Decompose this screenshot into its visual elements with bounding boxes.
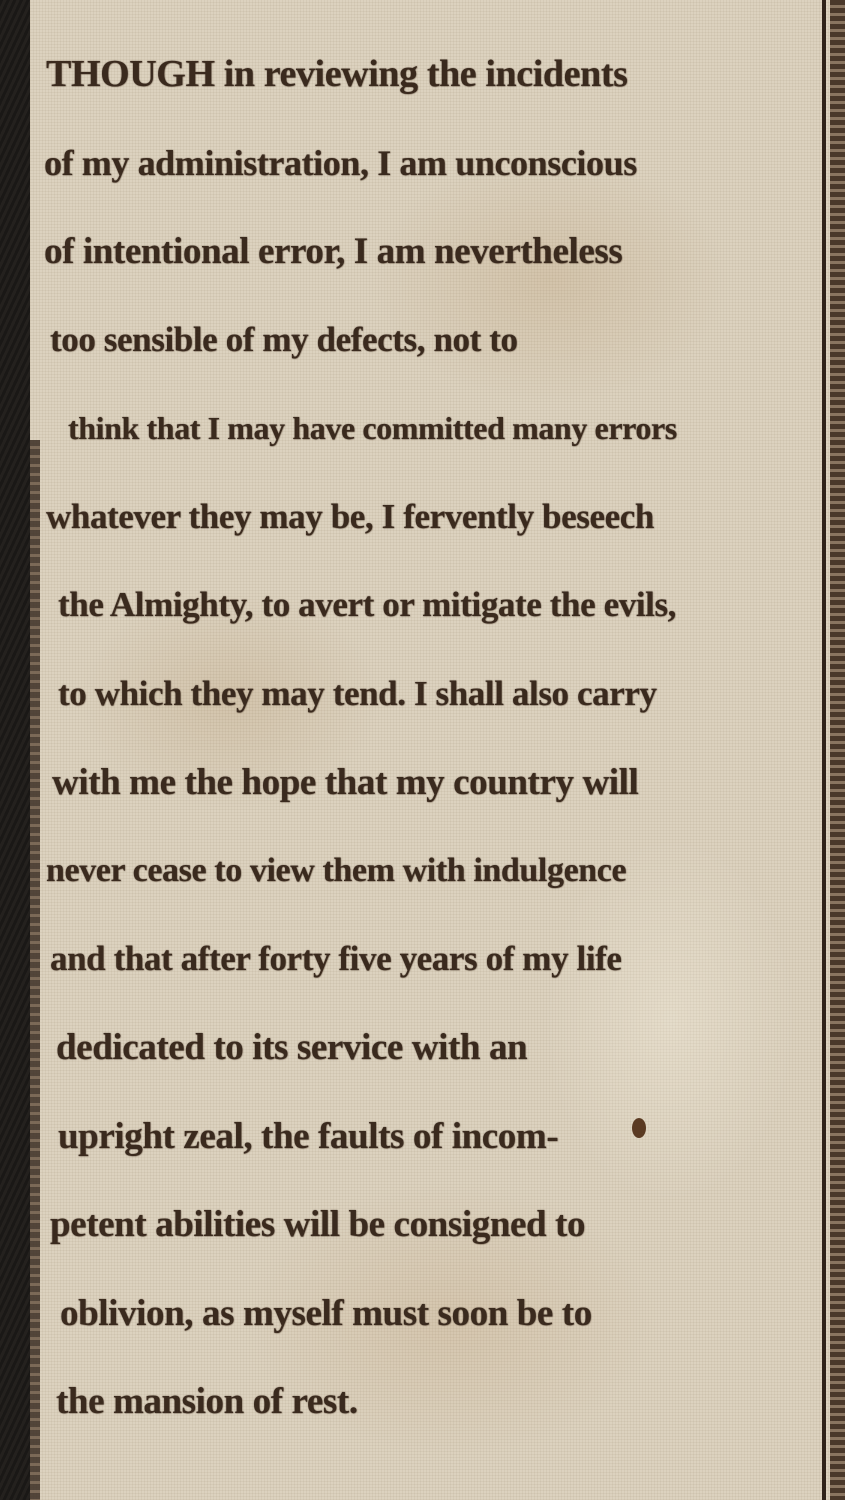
text-line: too sensible of my defects, not to (44, 296, 820, 385)
text-line: of intentional error, I am nevertheless (44, 207, 820, 296)
text-line: think that I may have committed many err… (44, 384, 820, 473)
text-line: petent abilities will be consigned to (44, 1181, 820, 1270)
text-line: oblivion, as myself must soon be to (44, 1269, 820, 1358)
text-line: and that after forty five years of my li… (44, 915, 820, 1004)
text-line: dedicated to its service with an (44, 1004, 820, 1093)
text-line: whatever they may be, I fervently beseec… (44, 473, 820, 562)
text-line: with me the hope that my country will (44, 738, 820, 827)
right-printed-border (830, 0, 845, 1500)
left-printed-border (30, 440, 40, 1500)
text-line: never cease to view them with indulgence (44, 827, 820, 916)
text-line: to which they may tend. I shall also car… (44, 650, 820, 739)
text-line: the Almighty, to avert or mitigate the e… (44, 561, 820, 650)
text-line: of my administration, I am unconscious (44, 119, 820, 208)
text-line: THOUGH in reviewing the incidents (44, 30, 820, 119)
document-text: THOUGH in reviewing the incidents of my … (44, 30, 820, 1446)
text-line: the mansion of rest. (44, 1358, 820, 1447)
text-line: upright zeal, the faults of incom- (44, 1092, 820, 1181)
right-rule-line (822, 0, 826, 1500)
